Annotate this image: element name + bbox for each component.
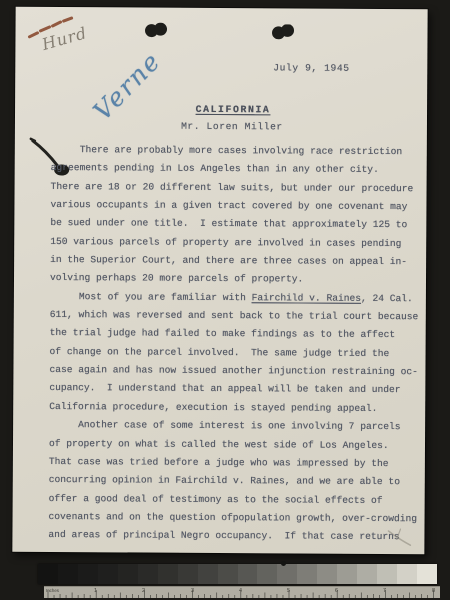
- body-text: cupancy. I understand that an appeal wil…: [49, 382, 400, 395]
- body-line: cupancy. I understand that an appeal wil…: [49, 379, 423, 400]
- date-line: July 9, 1945: [273, 62, 349, 73]
- body-text: various occupants in a given tract cover…: [50, 199, 407, 212]
- body-text: California procedure, execution is staye…: [49, 401, 377, 414]
- body-text: 611, which was reversed and sent back to…: [50, 309, 419, 322]
- grayscale-step: [357, 564, 377, 584]
- document-recipient: Mr. Loren Miller: [26, 120, 438, 134]
- body-text: There are 18 or 20 different law suits, …: [51, 181, 414, 194]
- document-page: Hurd Verne July 9, 1945 CALIFORNIA Mr. L…: [12, 7, 427, 555]
- body-text: volving perhaps 20 more parcels of prope…: [50, 272, 303, 285]
- body-line: 150 various parcels of property are invo…: [50, 233, 424, 254]
- body-line: 611, which was reversed and sent back to…: [50, 306, 424, 327]
- ruler-number: 8: [432, 587, 435, 593]
- body-text: in the Superior Court, and there are thr…: [50, 254, 407, 267]
- body-line: covenants and on the question ofpopulati…: [48, 508, 422, 529]
- body-text: offer a good deal of testimony as to the…: [49, 492, 383, 505]
- body-line: There are probably more cases involving …: [51, 141, 425, 162]
- ruler-number: 6: [335, 587, 338, 593]
- body-line: offer a good deal of testimony as to the…: [49, 489, 423, 510]
- body-line: case again and has now issued another in…: [49, 361, 423, 382]
- body-text: , 24 Cal.: [361, 293, 413, 304]
- grayscale-step: [257, 564, 277, 584]
- body-line: the trial judge had failed to make findi…: [50, 324, 424, 345]
- ruler-number: 3: [191, 587, 194, 593]
- grayscale-step: [337, 564, 357, 584]
- body-text: Most of you are familiar with: [79, 291, 252, 303]
- body-line: Most of you are familiar with Fairchild …: [50, 288, 424, 309]
- body-line: concurring opinion in Fairchild v. Raine…: [49, 471, 423, 492]
- body-text: the trial judge had failed to make findi…: [50, 327, 395, 340]
- body-line: California procedure, execution is staye…: [49, 398, 423, 419]
- body-text: case again and has now issued another in…: [49, 364, 418, 377]
- grayscale-step: [277, 564, 297, 584]
- body-line: and areas of principal Negro occupancy. …: [48, 526, 422, 547]
- ruler-number: 1: [94, 587, 97, 593]
- ruler-number: 5: [287, 587, 290, 593]
- body-text: 150 various parcels of property are invo…: [50, 236, 401, 249]
- grayscale-step: [377, 564, 397, 584]
- punch-hole-left: [143, 23, 170, 38]
- body-text: Another case of some interest is one inv…: [78, 419, 400, 432]
- grayscale-step: [138, 564, 158, 584]
- body-text: There are probably more cases involving …: [80, 144, 402, 157]
- body-line: various occupants in a given tract cover…: [50, 196, 424, 217]
- grayscale-step: [417, 564, 437, 584]
- body-line: Another case of some interest is one inv…: [49, 416, 423, 437]
- grayscale-step: [38, 564, 58, 584]
- grayscale-calibration-bar: [38, 564, 437, 584]
- grayscale-step: [317, 564, 337, 584]
- ink-annotation: Verne: [82, 40, 173, 132]
- grayscale-step: [198, 564, 218, 584]
- ruler-number: 2: [142, 587, 145, 593]
- body-line: of property on what is called the west s…: [49, 434, 423, 455]
- punch-hole-right: [270, 24, 297, 39]
- body-line: There are 18 or 20 different law suits, …: [51, 178, 425, 199]
- case-citation: Fairchild v. Raines: [252, 292, 361, 304]
- ruler: Inches 12345678: [44, 586, 440, 598]
- body-text: That case was tried before a judge who w…: [49, 456, 389, 469]
- grayscale-step: [158, 564, 178, 584]
- body-line: in the Superior Court, and there are thr…: [50, 251, 424, 272]
- photo-background: { "page": { "date": "July 9, 1945", "hea…: [0, 0, 450, 600]
- body-text: agreements pending in Los Angeles than i…: [51, 162, 379, 175]
- body-line: volving perhaps 20 more parcels of prope…: [50, 269, 424, 290]
- grayscale-step: [238, 564, 258, 584]
- grayscale-step: [78, 564, 98, 584]
- body-line: That case was tried before a judge who w…: [49, 453, 423, 474]
- body-text: of property on what is called the west s…: [49, 437, 389, 450]
- body-text: concurring opinion in Fairchild v. Raine…: [49, 474, 400, 487]
- body-text: of change on the parcel involved. The sa…: [50, 346, 390, 359]
- body-line: of change on the parcel involved. The sa…: [50, 343, 424, 364]
- body-line: agreements pending in Los Angeles than i…: [51, 159, 425, 180]
- body-line: be sued under one title. I estimate that…: [50, 214, 424, 235]
- grayscale-step: [118, 564, 138, 584]
- ruler-number: 7: [383, 587, 386, 593]
- document-body: There are probably more cases involving …: [48, 141, 424, 547]
- grayscale-step: [397, 564, 417, 584]
- registration-dot: [281, 561, 286, 566]
- checkmark-annotation: [384, 521, 414, 554]
- grayscale-step: [58, 564, 78, 584]
- body-text: covenants and on the question ofpopulati…: [49, 511, 418, 524]
- grayscale-step: [98, 564, 118, 584]
- ruler-number: 4: [239, 587, 242, 593]
- grayscale-step: [218, 564, 238, 584]
- grayscale-step: [297, 564, 317, 584]
- grayscale-step: [178, 564, 198, 584]
- body-text: be sued under one title. I estimate that…: [50, 217, 407, 230]
- body-text: and areas of principal Negro occupancy. …: [48, 529, 399, 542]
